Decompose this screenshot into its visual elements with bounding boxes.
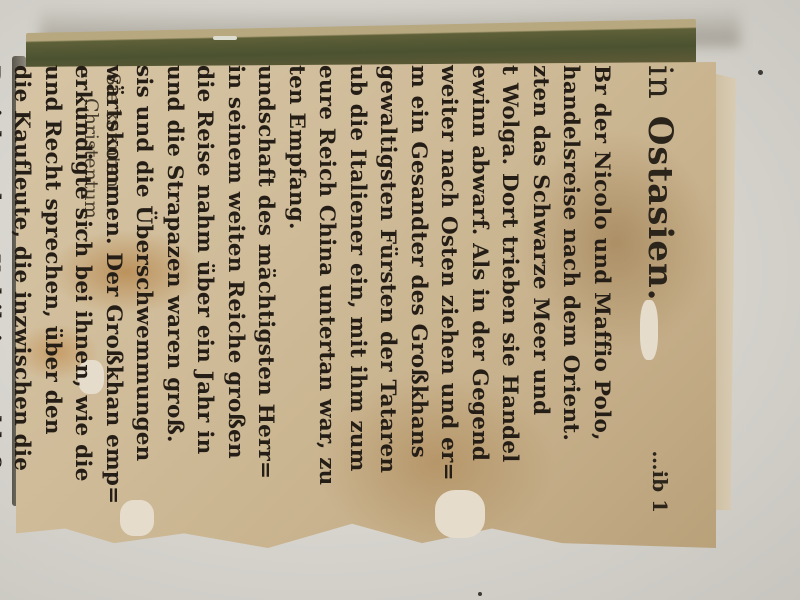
text-line: zten das Schwarze Meer und — [525, 65, 556, 555]
page-number: …ib 1 — [648, 451, 672, 513]
dust-speck — [758, 70, 763, 75]
text-line: die Reise nahm über ein Jahr in — [189, 65, 220, 555]
text-line: und die Strapazen waren groß. — [159, 65, 190, 555]
text-line: sis und die Überschwemmungen — [128, 65, 159, 555]
text-line: gewaltigsten Fürsten der Tataren — [372, 65, 403, 555]
text-line: m ein Gesandter des Großkhans — [403, 65, 434, 555]
text-line: Br der Nicolo und Maffio Polo, — [586, 65, 617, 555]
text-line: in seinem weiten Reiche großen — [220, 65, 251, 555]
text-line: und Recht sprechen, über den — [37, 65, 68, 555]
underlying-text-line: … Christentum … — [80, 73, 102, 533]
dust-speck — [478, 592, 482, 596]
text-line: weiter nach Osten ziehen und er= — [433, 65, 464, 555]
heading-title: Ostasien. — [640, 116, 680, 302]
text-line: t Wolga. Dort trieben sie Handel — [494, 65, 525, 555]
text-line: eure Reich China untertan war, zu — [311, 65, 342, 555]
text-line: undschaft des mächtigsten Herr= — [250, 65, 281, 555]
text-line: ub die Italiener ein, mit ihm zum — [342, 65, 373, 555]
underlying-text-line: Sie konnten … — [102, 73, 124, 533]
heading-prefix: in — [640, 65, 680, 100]
binding-staple — [213, 36, 237, 40]
text-line: ten Empfang. — [281, 65, 312, 555]
text-line: die Kaufleute, die inzwischen die — [6, 65, 37, 555]
text-line: ewinn abwarf. Als in der Gegend — [464, 65, 495, 555]
rotated-text-block: inOstasien. …ib 1 Br der Nicolo und Maff… — [90, 65, 710, 535]
underlying-page-text: Sie konnten … … Christentum … — [80, 73, 124, 533]
text-line: Bericht geben. Kubilai entschloß — [0, 65, 6, 555]
text-line: handelsreise nach dem Orient. — [555, 65, 586, 555]
